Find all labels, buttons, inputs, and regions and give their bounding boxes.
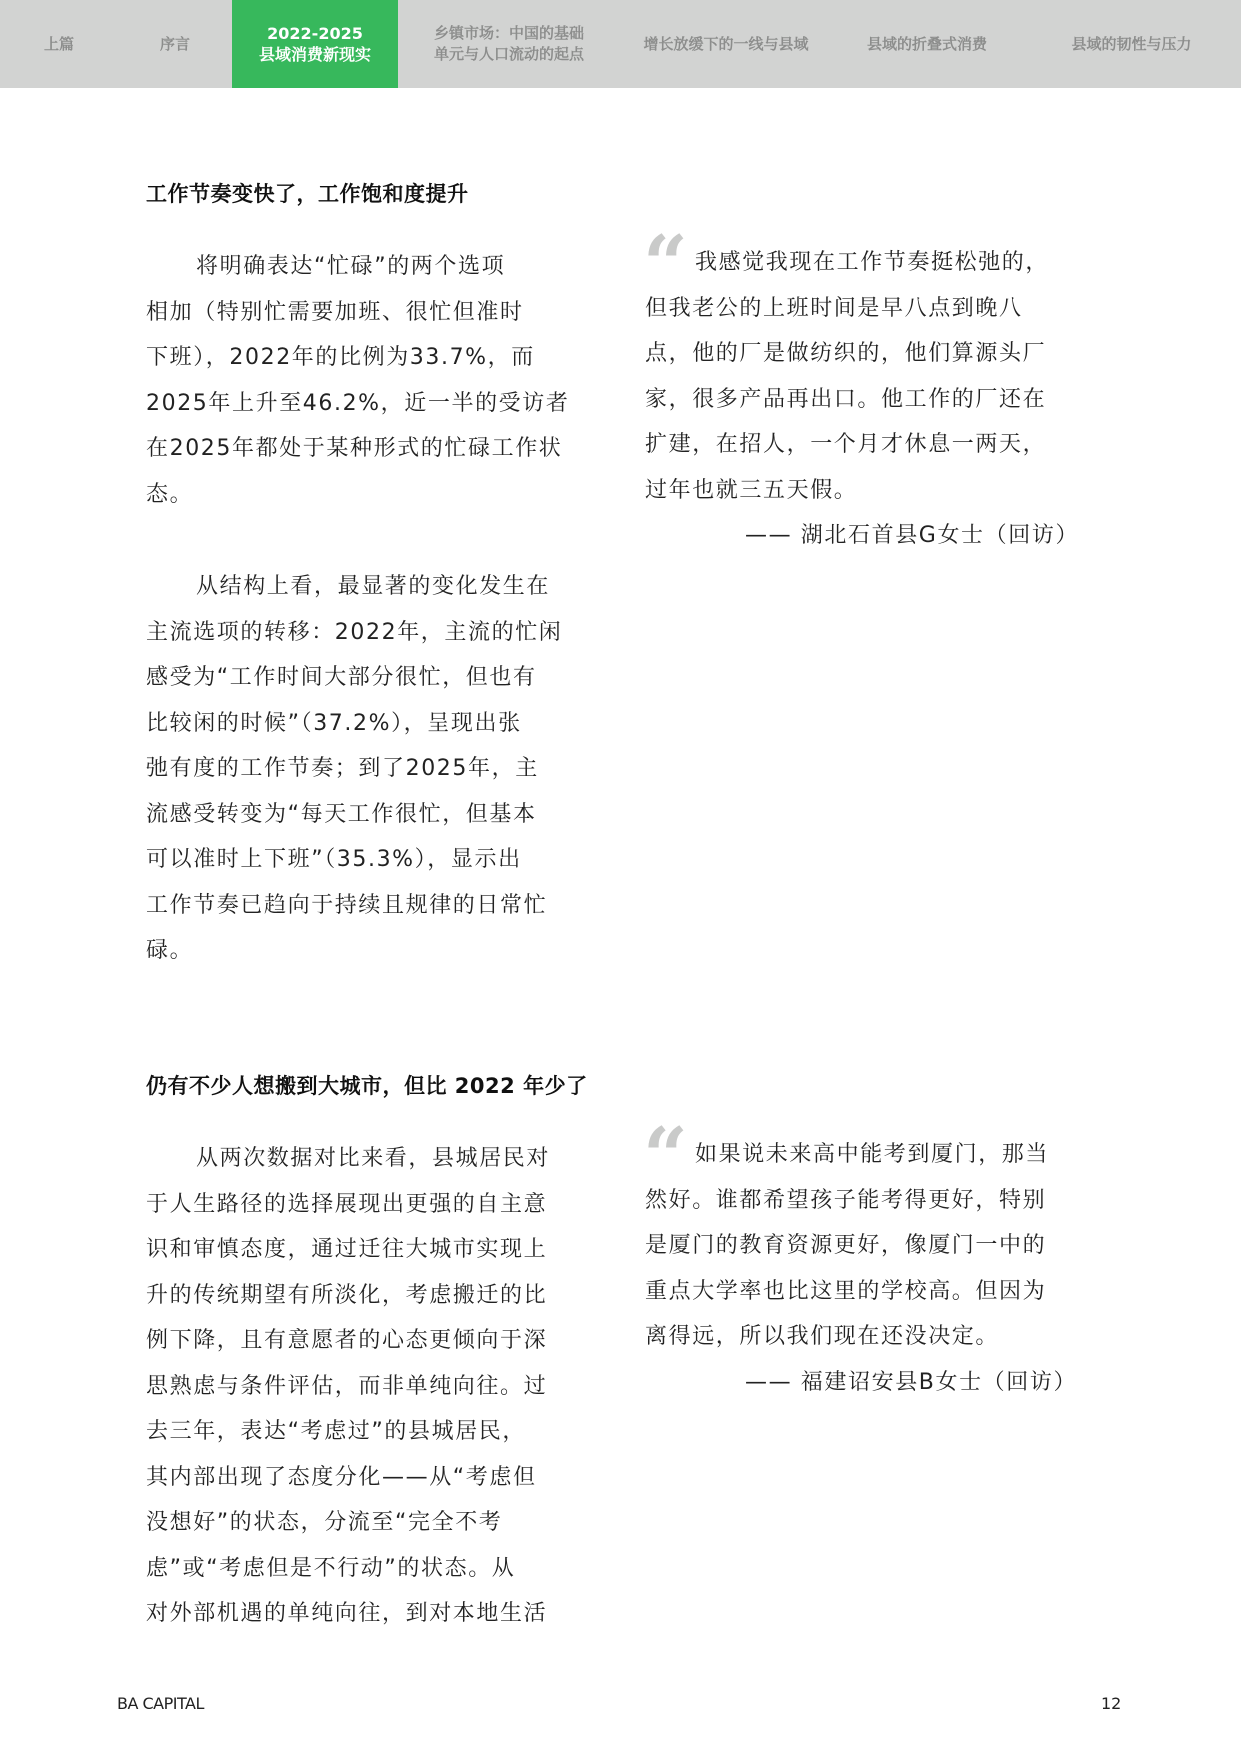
quote-line: 离得远，所以我们现在还没决定。 xyxy=(645,1314,1105,1360)
text-line: 从两次数据对比来看，县城居民对 xyxy=(146,1136,550,1182)
text-line: 在2025年都处于某种形式的忙碌工作状 xyxy=(146,426,569,472)
quote-line: 是厦门的教育资源更好，像厦门一中的 xyxy=(645,1223,1105,1269)
nav-tab-label-line1: 乡镇市场：中国的基础 xyxy=(434,23,584,44)
nav-tab-label: 县域的折叠式消费 xyxy=(867,34,987,55)
footer-brand: BA CAPITAL xyxy=(117,1694,204,1713)
text-line: 下班），2022年的比例为33.7%，而 xyxy=(146,335,569,381)
nav-tab-folded-consumption[interactable]: 县域的折叠式消费 xyxy=(832,0,1022,88)
text-line: 思熟虑与条件评估，而非单纯向往。过 xyxy=(146,1364,550,1410)
text-line: 对外部机遇的单纯向往，到对本地生活 xyxy=(146,1591,550,1637)
text-line: 流感受转变为“每天工作很忙，但基本 xyxy=(146,792,562,838)
nav-tab-label: 上篇 xyxy=(44,34,74,55)
text-line: 弛有度的工作节奏；到了2025年，主 xyxy=(146,746,562,792)
nav-tab-label-line2: 县域消费新现实 xyxy=(259,44,371,65)
quote-line: 如果说未来高中能考到厦门，那当 xyxy=(645,1132,1105,1178)
text-line: 从结构上看，最显著的变化发生在 xyxy=(146,564,562,610)
nav-tab-label-line2: 单元与人口流动的起点 xyxy=(434,44,584,65)
section-heading-work-pace: 工作节奏变快了，工作饱和度提升 xyxy=(146,178,469,208)
paragraph-structural-shift: 从结构上看，最显著的变化发生在 主流选项的转移：2022年，主流的忙闲 感受为“… xyxy=(146,564,562,974)
quote-mark-icon: “ xyxy=(643,226,689,304)
text-line: 去三年，表达“考虑过”的县城居民， xyxy=(146,1409,550,1455)
text-line: 识和审慎态度，通过迁往大城市实现上 xyxy=(146,1227,550,1273)
text-line: 相加（特别忙需要加班、很忙但准时 xyxy=(146,290,569,336)
nav-tab-part-one[interactable]: 上篇 xyxy=(0,0,118,88)
nav-tab-growth-slowdown[interactable]: 增长放缓下的一线与县域 xyxy=(620,0,832,88)
quote-attribution: —— 湖北石首县G女士（回访） xyxy=(645,513,1105,559)
nav-tab-label: 县域的韧性与压力 xyxy=(1071,34,1191,55)
nav-tab-preface[interactable]: 序言 xyxy=(118,0,232,88)
text-line: 可以准时上下班”（35.3%），显示出 xyxy=(146,837,562,883)
pull-quote-fujian: “ 如果说未来高中能考到厦门，那当 然好。谁都希望孩子能考得更好，特别 是厦门的… xyxy=(645,1132,1105,1405)
text-line: 虑”或“考虑但是不行动”的状态。从 xyxy=(146,1546,550,1592)
section-heading-migration: 仍有不少人想搬到大城市，但比 2022 年少了 xyxy=(146,1070,588,1100)
paragraph-migration-attitudes: 从两次数据对比来看，县城居民对 于人生路径的选择展现出更强的自主意 识和审慎态度… xyxy=(146,1136,550,1637)
quote-line: 我感觉我现在工作节奏挺松弛的， xyxy=(645,240,1105,286)
pull-quote-hubei: “ 我感觉我现在工作节奏挺松弛的， 但我老公的上班时间是早八点到晚八 点，他的厂… xyxy=(645,240,1105,559)
text-line: 态。 xyxy=(146,472,569,518)
text-line: 将明确表达“忙碌”的两个选项 xyxy=(146,244,569,290)
nav-tab-county-consumption-reality[interactable]: 2022-2025 县域消费新现实 xyxy=(232,0,398,88)
quote-line: 家，很多产品再出口。他工作的厂还在 xyxy=(645,377,1105,423)
text-line: 碌。 xyxy=(146,928,562,974)
text-line: 工作节奏已趋向于持续且规律的日常忙 xyxy=(146,883,562,929)
text-line: 主流选项的转移：2022年，主流的忙闲 xyxy=(146,610,562,656)
nav-tab-township-market[interactable]: 乡镇市场：中国的基础 单元与人口流动的起点 xyxy=(398,0,620,88)
quote-line: 但我老公的上班时间是早八点到晚八 xyxy=(645,286,1105,332)
text-line: 比较闲的时候”（37.2%），呈现出张 xyxy=(146,701,562,747)
nav-tab-resilience-pressure[interactable]: 县域的韧性与压力 xyxy=(1022,0,1241,88)
text-line: 于人生路径的选择展现出更强的自主意 xyxy=(146,1182,550,1228)
quote-line: 重点大学率也比这里的学校高。但因为 xyxy=(645,1269,1105,1315)
text-line: 例下降，且有意愿者的心态更倾向于深 xyxy=(146,1318,550,1364)
text-line: 没想好”的状态，分流至“完全不考 xyxy=(146,1500,550,1546)
quote-attribution: —— 福建诏安县B女士（回访） xyxy=(645,1360,1105,1406)
text-line: 升的传统期望有所淡化，考虑搬迁的比 xyxy=(146,1273,550,1319)
paragraph-busy-ratio: 将明确表达“忙碌”的两个选项 相加（特别忙需要加班、很忙但准时 下班），2022… xyxy=(146,244,569,517)
text-line: 感受为“工作时间大部分很忙，但也有 xyxy=(146,655,562,701)
quote-mark-icon: “ xyxy=(643,1118,689,1196)
text-line: 2025年上升至46.2%，近一半的受访者 xyxy=(146,381,569,427)
quote-line: 扩建，在招人，一个月才休息一两天， xyxy=(645,422,1105,468)
quote-line: 点，他的厂是做纺织的，他们算源头厂 xyxy=(645,331,1105,377)
nav-tab-label-line1: 2022-2025 xyxy=(259,23,371,44)
page-number: 12 xyxy=(1101,1694,1121,1713)
quote-line: 过年也就三五天假。 xyxy=(645,468,1105,514)
quote-line: 然好。谁都希望孩子能考得更好，特别 xyxy=(645,1178,1105,1224)
nav-tab-label: 序言 xyxy=(160,34,190,55)
nav-tab-label: 增长放缓下的一线与县域 xyxy=(643,34,808,55)
chapter-nav: 上篇 序言 2022-2025 县域消费新现实 乡镇市场：中国的基础 单元与人口… xyxy=(0,0,1241,88)
text-line: 其内部出现了态度分化——从“考虑但 xyxy=(146,1455,550,1501)
